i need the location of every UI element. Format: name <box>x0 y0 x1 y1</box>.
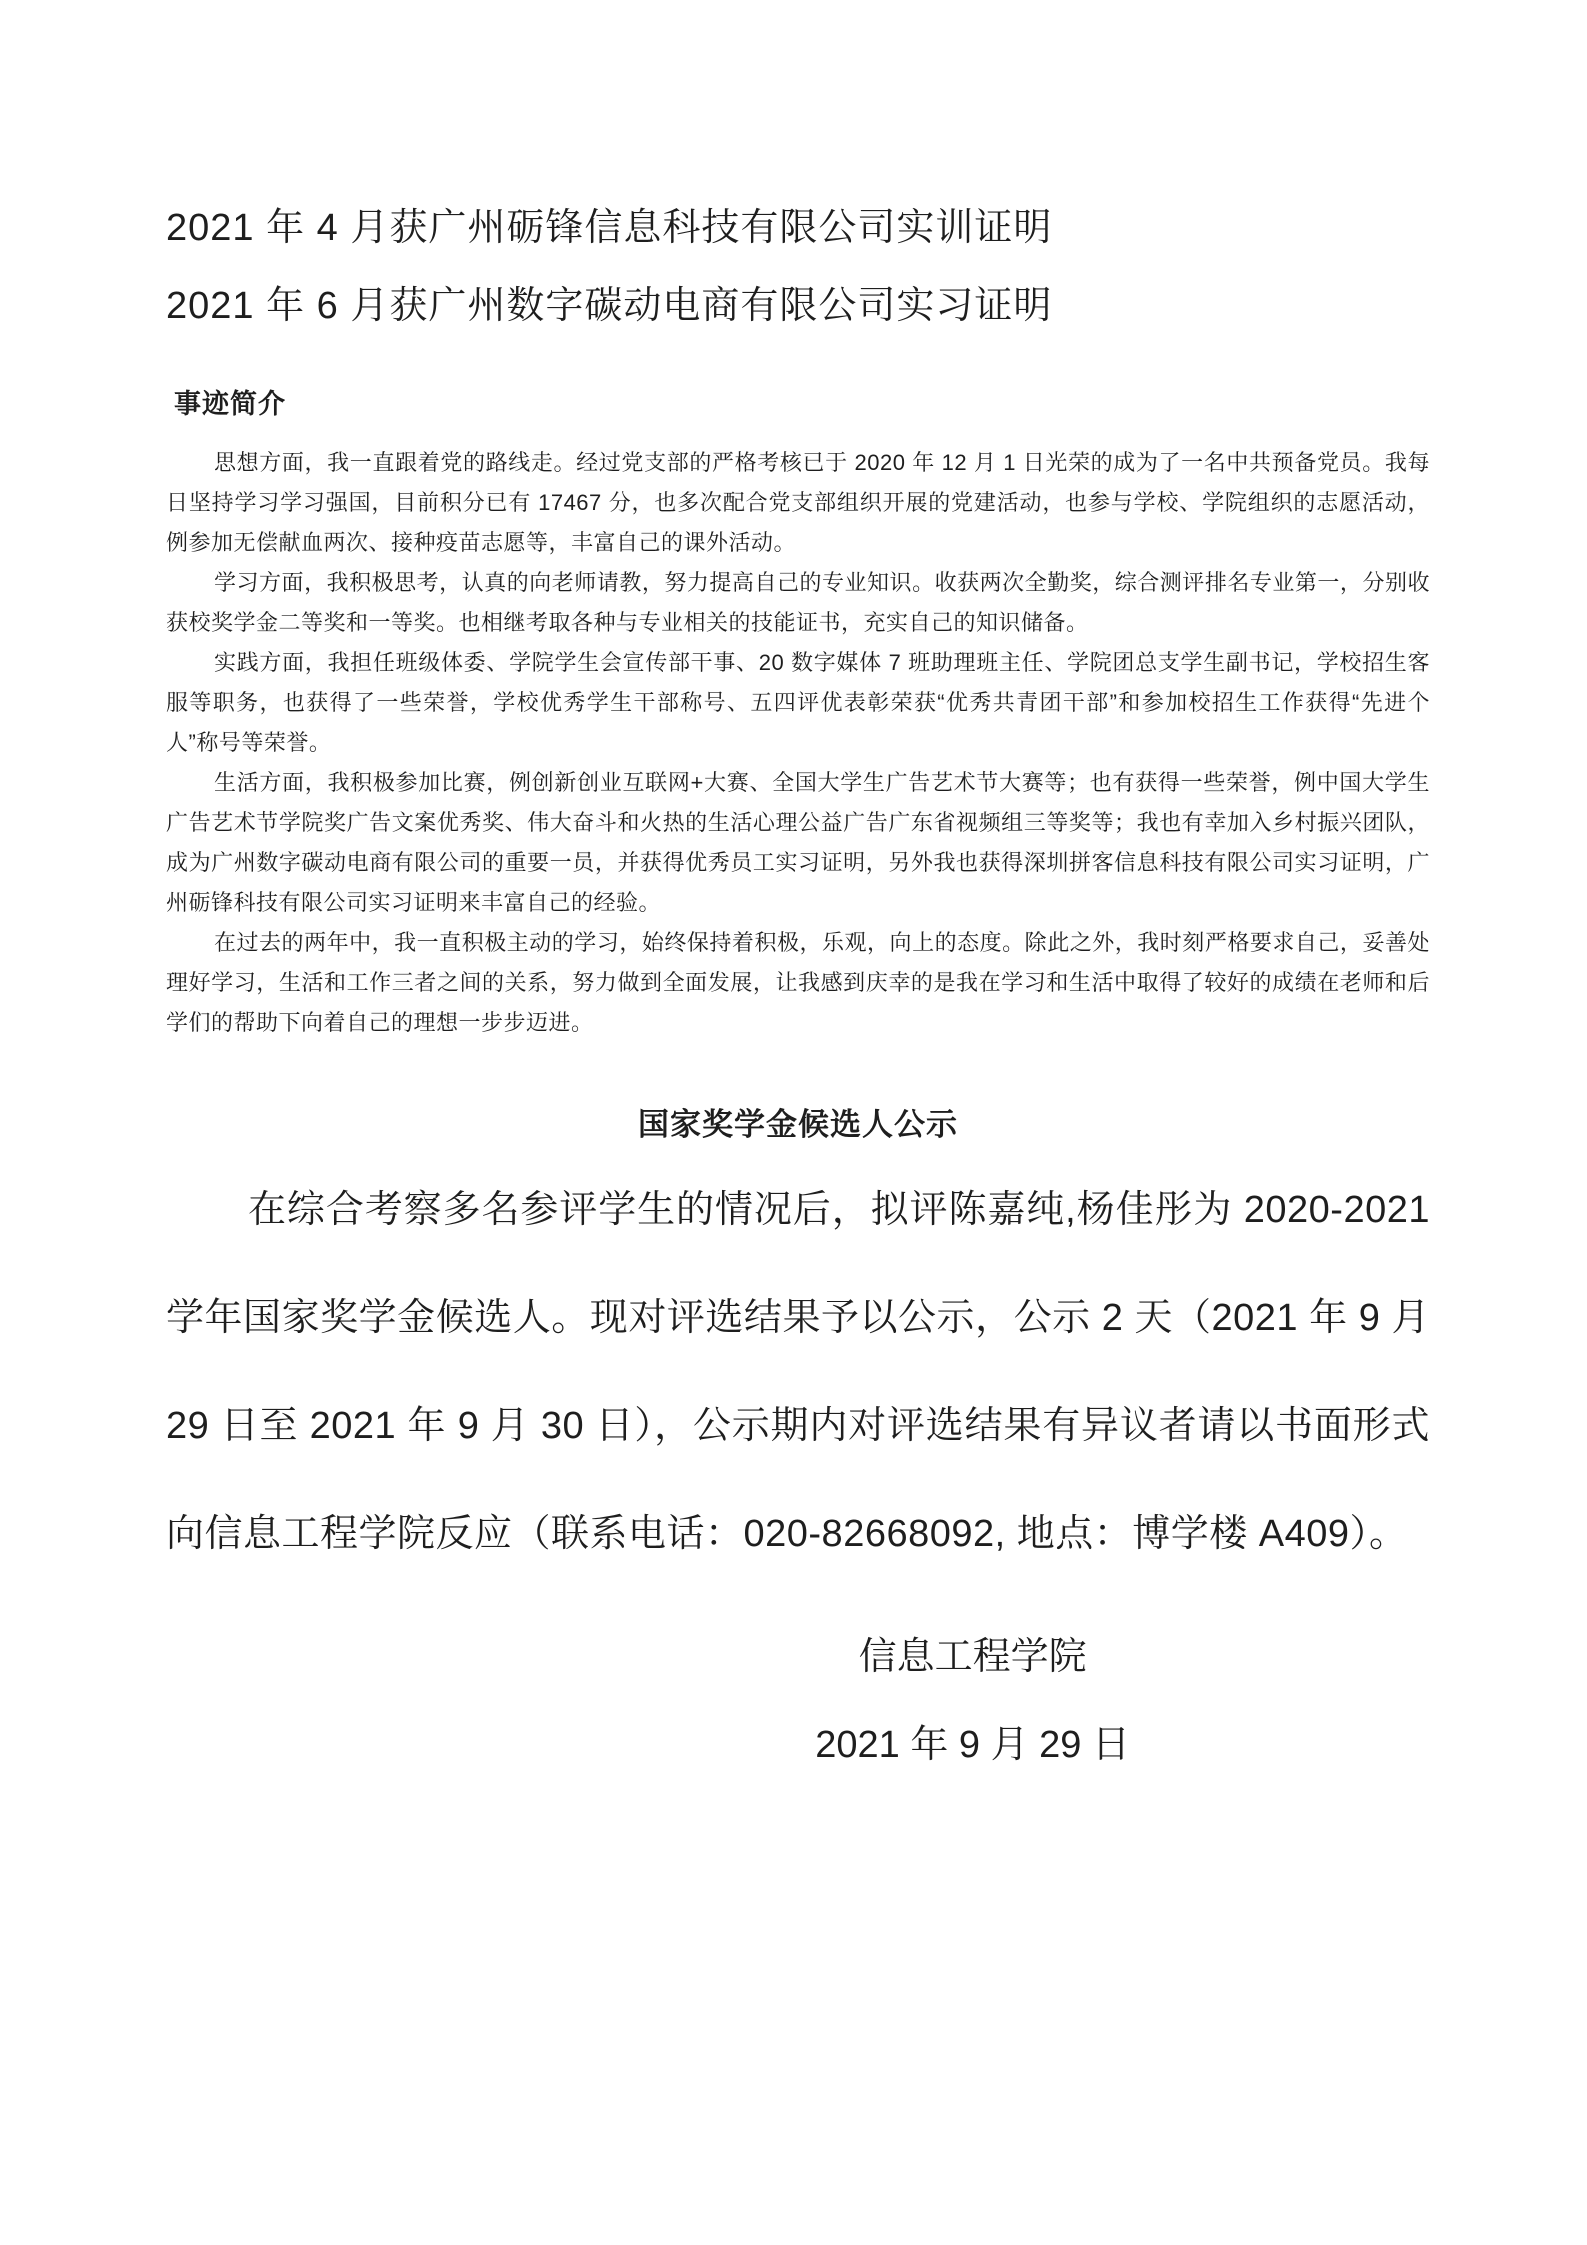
certificate-line-2: 2021 年 6 月获广州数字碳动电商有限公司实习证明 <box>166 283 1430 330</box>
profile-paragraph-life: 生活方面，我积极参加比赛，例创新创业互联网+大赛、全国大学生广告艺术节大赛等；也… <box>166 763 1430 923</box>
profile-paragraph-practice: 实践方面，我担任班级体委、学院学生会宣传部干事、20 数字媒体 7 班助理班主任… <box>166 643 1430 763</box>
profile-section-heading: 事迹简介 <box>174 382 1430 421</box>
signature-date: 2021 年 9 月 29 日 <box>815 1716 1130 1774</box>
profile-paragraph-study: 学习方面，我积极思考，认真的向老师请教，努力提高自己的专业知识。收获两次全勤奖，… <box>166 563 1430 643</box>
certificate-line-1: 2021 年 4 月获广州砺锋信息科技有限公司实训证明 <box>166 205 1430 252</box>
signature-organization: 信息工程学院 <box>815 1628 1130 1686</box>
document-page: 2021 年 4 月获广州砺锋信息科技有限公司实训证明 2021 年 6 月获广… <box>0 0 1587 2245</box>
announcement-body: 在综合考察多名参评学生的情况后，拟评陈嘉纯,杨佳彤为 2020-2021 学年国… <box>166 1156 1430 1588</box>
profile-paragraph-ideology: 思想方面，我一直跟着党的路线走。经过党支部的严格考核已于 2020 年 12 月… <box>166 443 1430 563</box>
signature-block: 信息工程学院 2021 年 9 月 29 日 <box>815 1628 1130 1774</box>
announcement-title: 国家奖学金候选人公示 <box>166 1099 1430 1144</box>
profile-paragraph-summary: 在过去的两年中，我一直积极主动的学习，始终保持着积极，乐观，向上的态度。除此之外… <box>166 923 1430 1043</box>
